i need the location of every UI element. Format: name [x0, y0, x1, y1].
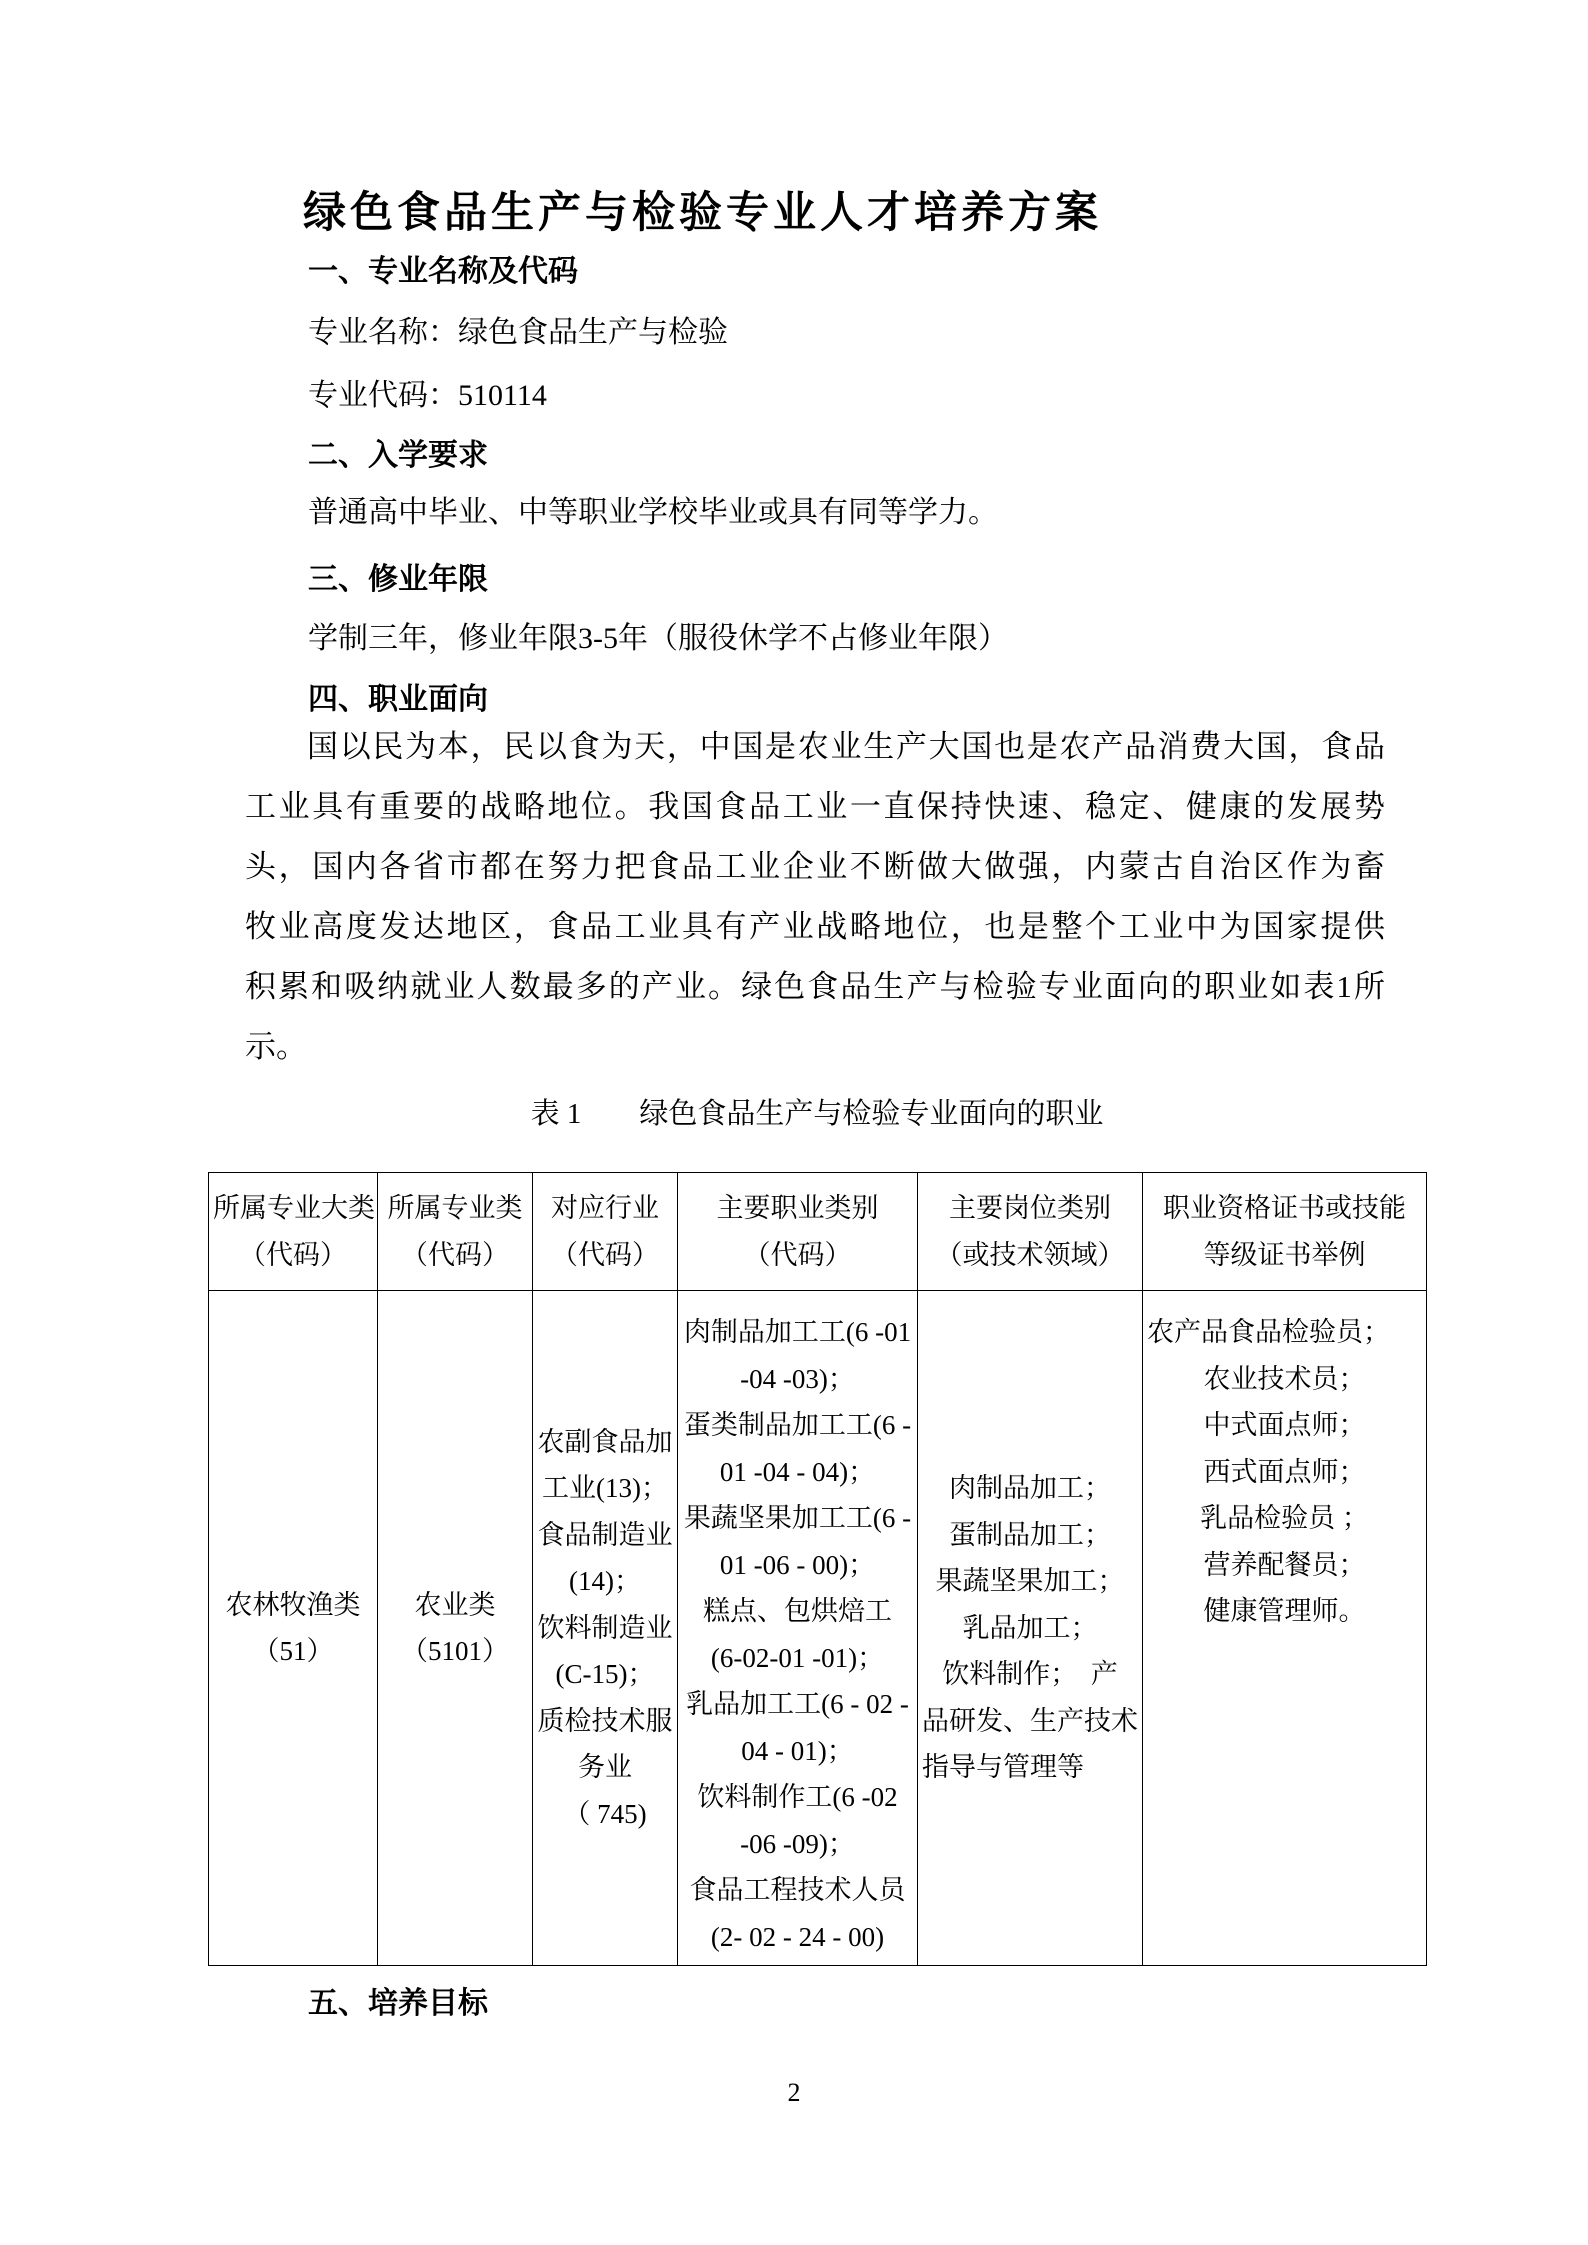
section-heading-1: 一、专业名称及代码 — [308, 254, 578, 290]
study-duration-line: 学制三年，修业年限3-5年（服役休学不占修业年限） — [308, 620, 1008, 658]
cell-major-category: 农林牧渔类（51） — [209, 1291, 378, 1966]
cell-industry: 农副食品加工业(13)；食品制造业(14)；饮料制造业(C-15)；质检技术服务… — [533, 1291, 678, 1966]
table-header-row: 所属专业大类（代码） 所属专业类（代码） 对应行业（代码） 主要职业类别（代码）… — [209, 1173, 1427, 1291]
header-cell-occupation-category: 主要职业类别（代码） — [678, 1173, 918, 1291]
page-title: 绿色食品生产与检验专业人才培养方案 — [303, 188, 1102, 238]
career-orientation-paragraph: 国以民为本，民以食为天，中国是农业生产大国也是农产品消费大国，食品工业具有重要的… — [245, 717, 1385, 1077]
header-cell-certificates: 职业资格证书或技能等级证书举例 — [1143, 1173, 1427, 1291]
header-cell-major-class: 所属专业类（代码） — [378, 1173, 533, 1291]
major-name-line: 专业名称：绿色食品生产与检验 — [308, 314, 728, 352]
section-heading-2: 二、入学要求 — [308, 438, 488, 474]
page-number: 2 — [0, 2078, 1588, 2108]
header-cell-major-category: 所属专业大类（代码） — [209, 1173, 378, 1291]
table-caption: 表 1 绿色食品生产与检验专业面向的职业 — [208, 1096, 1426, 1132]
cell-occupation-category: 肉制品加工工(6 -01-04 -03)；蛋类制品加工工(6 -01 -04 -… — [678, 1291, 918, 1966]
document-page: 绿色食品生产与检验专业人才培养方案 一、专业名称及代码 专业名称：绿色食品生产与… — [0, 0, 1588, 2245]
section-heading-4: 四、职业面向 — [308, 682, 488, 718]
section-heading-3: 三、修业年限 — [308, 562, 488, 598]
cell-major-class: 农业类（5101） — [378, 1291, 533, 1966]
admission-requirements-line: 普通高中毕业、中等职业学校毕业或具有同等学力。 — [308, 494, 998, 532]
cell-post-category: 肉制品加工；蛋制品加工；果蔬坚果加工；乳品加工；饮料制作； 产品研发、生产技术指… — [918, 1291, 1143, 1966]
major-code-line: 专业代码：510114 — [308, 377, 547, 415]
header-cell-industry: 对应行业（代码） — [533, 1173, 678, 1291]
cell-certificates: 农产品食品检验员；农业技术员；中式面点师；西式面点师；乳品检验员 ；营养配餐员；… — [1143, 1291, 1427, 1966]
occupations-table: 所属专业大类（代码） 所属专业类（代码） 对应行业（代码） 主要职业类别（代码）… — [208, 1172, 1427, 1966]
header-cell-post-category: 主要岗位类别（或技术领域） — [918, 1173, 1143, 1291]
section-heading-5: 五、培养目标 — [308, 1986, 488, 2022]
table-body-row: 农林牧渔类（51） 农业类（5101） 农副食品加工业(13)；食品制造业(14… — [209, 1291, 1427, 1966]
